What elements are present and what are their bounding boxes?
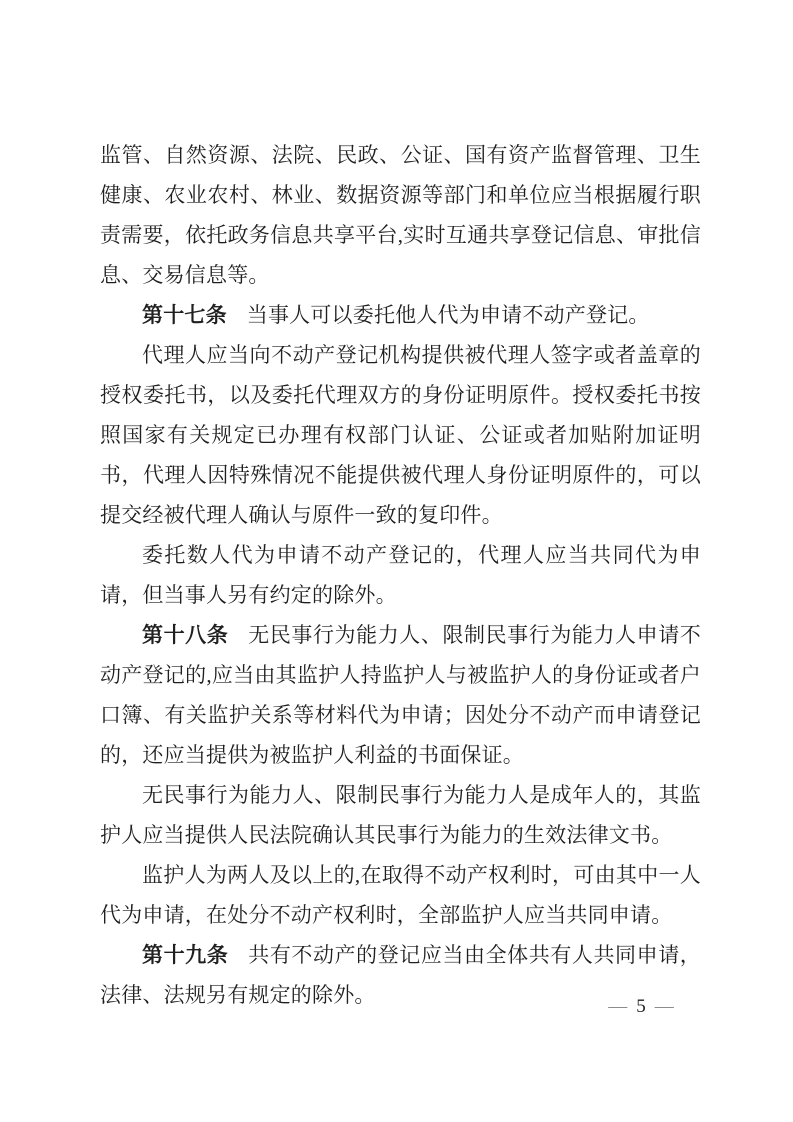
paragraph: 无民事行为能力人、限制民事行为能力人是成年人的，其监护人应当提供人民法院确认其民… <box>100 775 701 855</box>
document-body: 监管、自然资源、法院、民政、公证、国有资产监督管理、卫生健康、农业农村、林业、数… <box>100 135 701 1015</box>
paragraph-text: 委托数人代为申请不动产登记的，代理人应当共同代为申请，但当事人另有约定的除外。 <box>100 543 701 607</box>
paragraph-text: 监管、自然资源、法院、民政、公证、国有资产监督管理、卫生健康、农业农村、林业、数… <box>100 143 701 287</box>
paragraph-text: 监护人为两人及以上的,在取得不动产权利时，可由其中一人代为申请，在处分不动产权利… <box>100 863 701 927</box>
article-number: 第十八条 <box>142 623 228 647</box>
paragraph-text: 当事人可以委托他人代为申请不动产登记。 <box>247 303 650 327</box>
page-number-dash-right: — <box>655 996 674 1017</box>
paragraph: 监管、自然资源、法院、民政、公证、国有资产监督管理、卫生健康、农业农村、林业、数… <box>100 135 701 295</box>
paragraph: 委托数人代为申请不动产登记的，代理人应当共同代为申请，但当事人另有约定的除外。 <box>100 535 701 615</box>
page-number-dash-left: — <box>608 996 627 1017</box>
paragraph: 代理人应当向不动产登记机构提供被代理人签字或者盖章的授权委托书，以及委托代理双方… <box>100 335 701 535</box>
paragraph: 监护人为两人及以上的,在取得不动产权利时，可由其中一人代为申请，在处分不动产权利… <box>100 855 701 935</box>
article-number: 第十九条 <box>142 943 228 967</box>
article-number: 第十七条 <box>142 303 227 327</box>
page-number-value: 5 <box>636 996 646 1017</box>
paragraph-text: 无民事行为能力人、限制民事行为能力人是成年人的，其监护人应当提供人民法院确认其民… <box>100 783 701 847</box>
page-number: —5— <box>596 994 686 1020</box>
paragraph-text: 代理人应当向不动产登记机构提供被代理人签字或者盖章的授权委托书，以及委托代理双方… <box>100 343 701 527</box>
article-paragraph: 第十八条无民事行为能力人、限制民事行为能力人申请不动产登记的,应当由其监护人持监… <box>100 615 701 775</box>
document-page: 监管、自然资源、法院、民政、公证、国有资产监督管理、卫生健康、农业农村、林业、数… <box>0 0 793 1122</box>
article-paragraph: 第十七条当事人可以委托他人代为申请不动产登记。 <box>100 295 701 335</box>
